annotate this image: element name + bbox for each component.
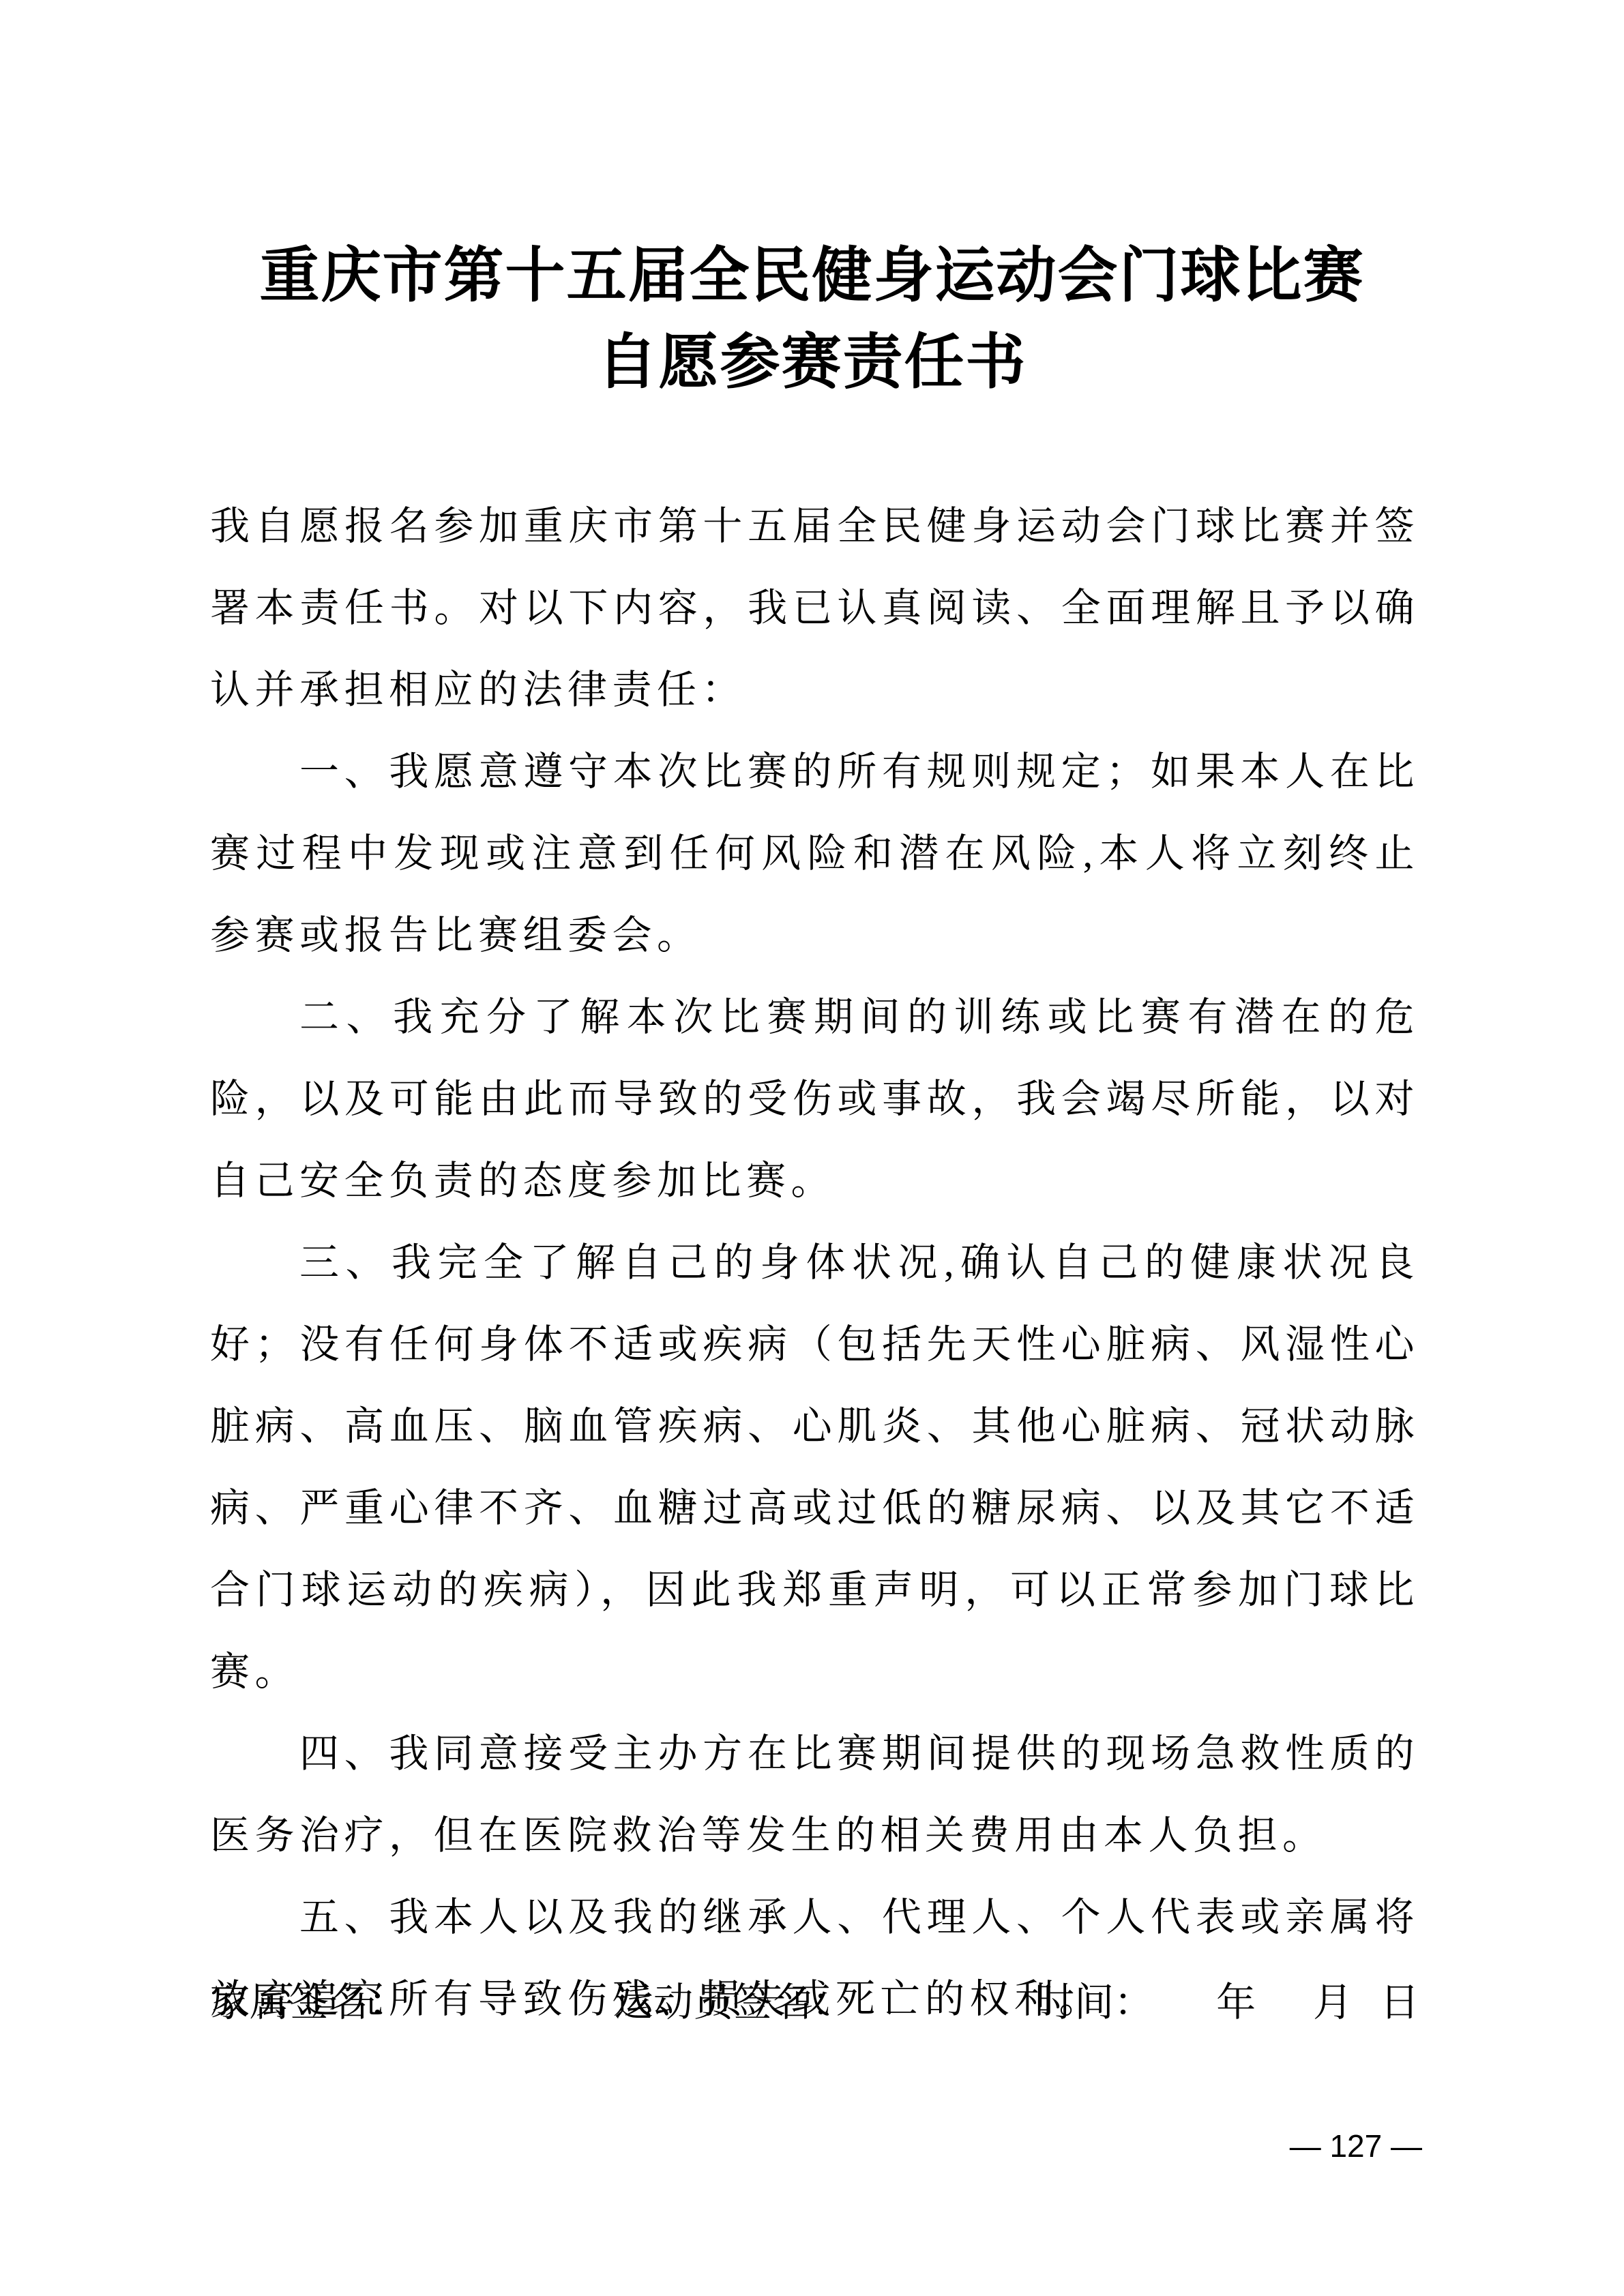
athlete-signature-label: 运动员签名： [614, 1962, 851, 2044]
paragraph-clause-1: 一、我愿意遵守本次比赛的所有规则规定；如果本人在比赛过程中发现或注意到任何风险和… [210, 731, 1419, 976]
paragraph-intro: 我自愿报名参加重庆市第十五届全民健身运动会门球比赛并签署本责任书。对以下内容，我… [210, 486, 1419, 731]
year-label: 年 [1216, 1962, 1256, 2044]
time-label: 时间： [1035, 1962, 1153, 2044]
signature-line: 家属签名： 运动员签名： 时间： 年 月 日 [210, 1962, 1419, 2044]
page-number: — 127 — [1290, 2129, 1422, 2163]
document-title-line1: 重庆市第十五届全民健身运动会门球比赛 [208, 233, 1416, 320]
paragraph-clause-3: 三、我完全了解自己的身体状况,确认自己的健康状况良好；没有任何身体不适或疾病（包… [210, 1222, 1419, 1713]
document-body: 我自愿报名参加重庆市第十五届全民健身运动会门球比赛并签署本责任书。对以下内容，我… [210, 486, 1419, 2040]
document-page: 重庆市第十五届全民健身运动会门球比赛 自愿参赛责任书 我自愿报名参加重庆市第十五… [0, 0, 1624, 2296]
month-label: 月 [1313, 1962, 1353, 2044]
document-title: 重庆市第十五届全民健身运动会门球比赛 自愿参赛责任书 [208, 233, 1416, 406]
document-title-line2: 自愿参赛责任书 [208, 320, 1416, 406]
day-label: 日 [1380, 1962, 1419, 2044]
family-signature-label: 家属签名： [210, 1962, 408, 2044]
paragraph-clause-4: 四、我同意接受主办方在比赛期间提供的现场急救性质的医务治疗，但在医院救治等发生的… [210, 1713, 1419, 1877]
paragraph-clause-2: 二、我充分了解本次比赛期间的训练或比赛有潜在的危险，以及可能由此而导致的受伤或事… [210, 976, 1419, 1222]
